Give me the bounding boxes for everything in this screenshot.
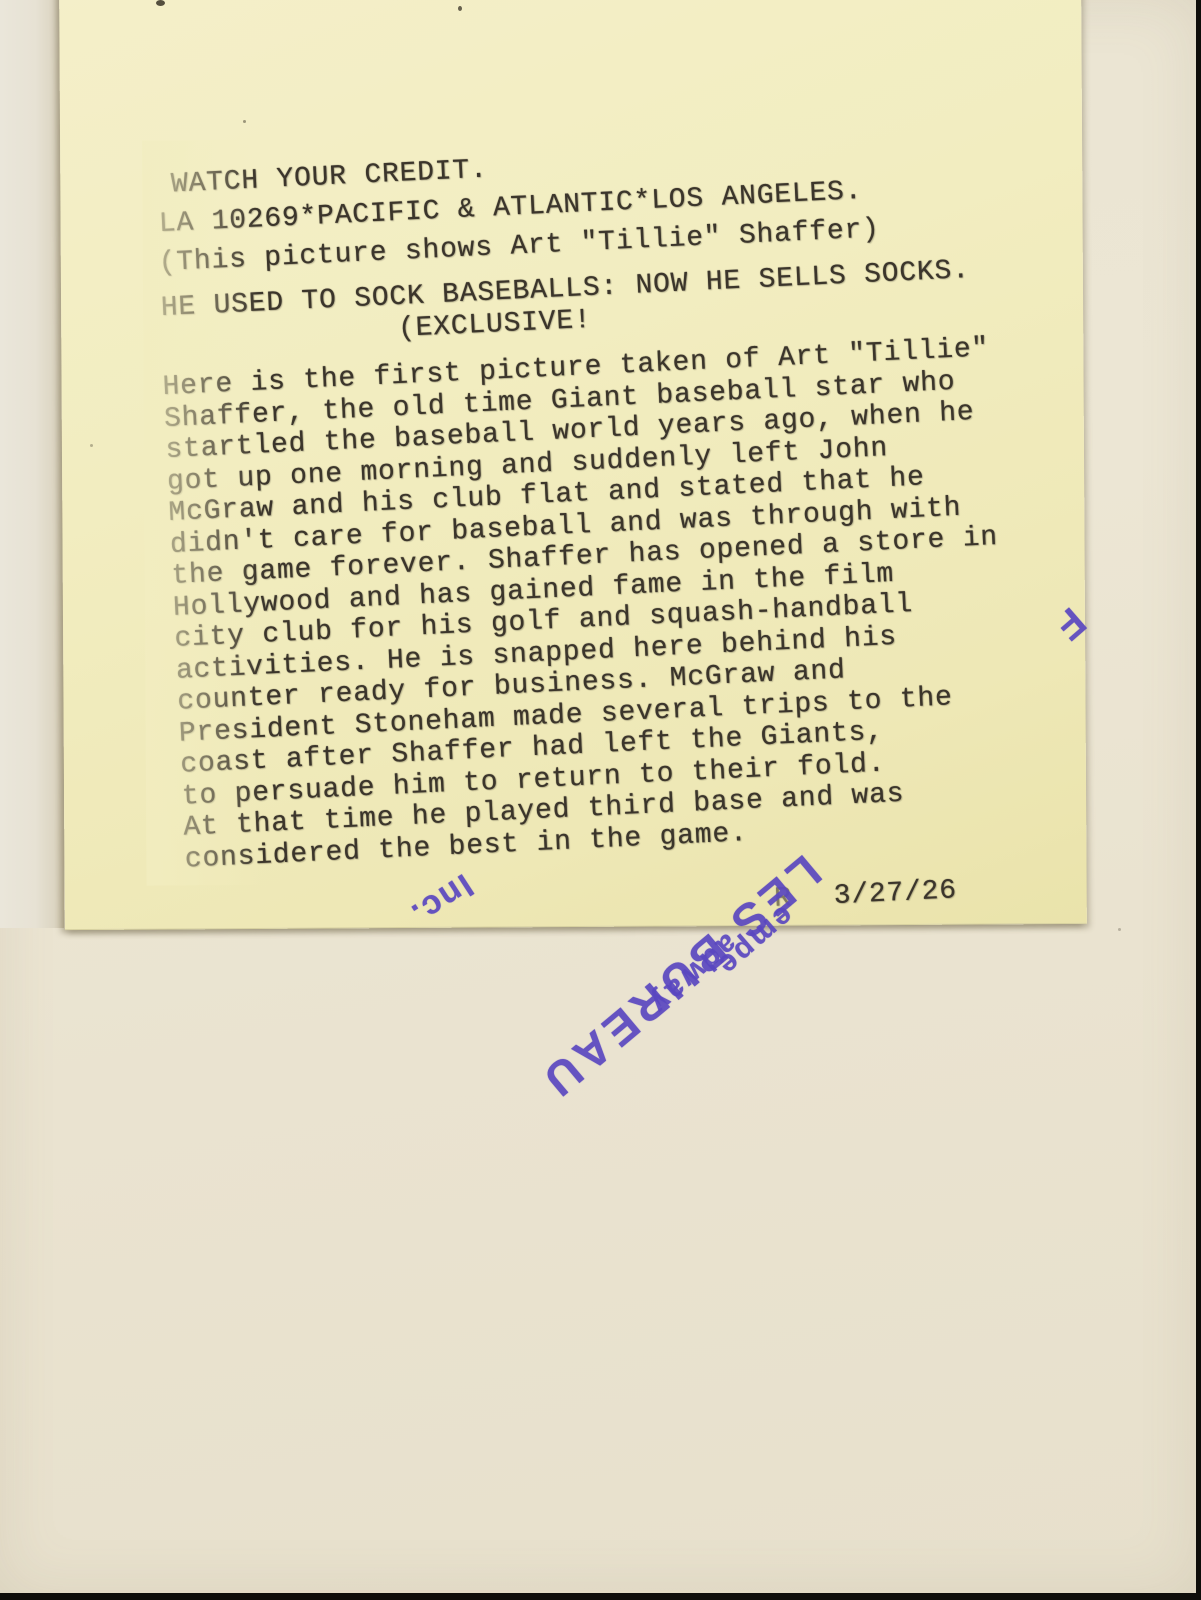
dust-speck <box>90 444 93 447</box>
date-value: 3/27/26 <box>833 875 958 912</box>
dust-speck <box>458 6 462 11</box>
dust-speck <box>243 120 246 123</box>
photo-caption-scan: WATCH YOUR CREDIT. LA 10269*PACIFIC & AT… <box>0 0 1201 1600</box>
torn-paper-strip <box>0 0 64 928</box>
dust-speck <box>1118 928 1121 931</box>
caption-sheet: WATCH YOUR CREDIT. LA 10269*PACIFIC & AT… <box>59 0 1087 930</box>
dust-speck <box>156 0 165 6</box>
typed-caption: WATCH YOUR CREDIT. LA 10269*PACIFIC & AT… <box>148 124 1095 974</box>
